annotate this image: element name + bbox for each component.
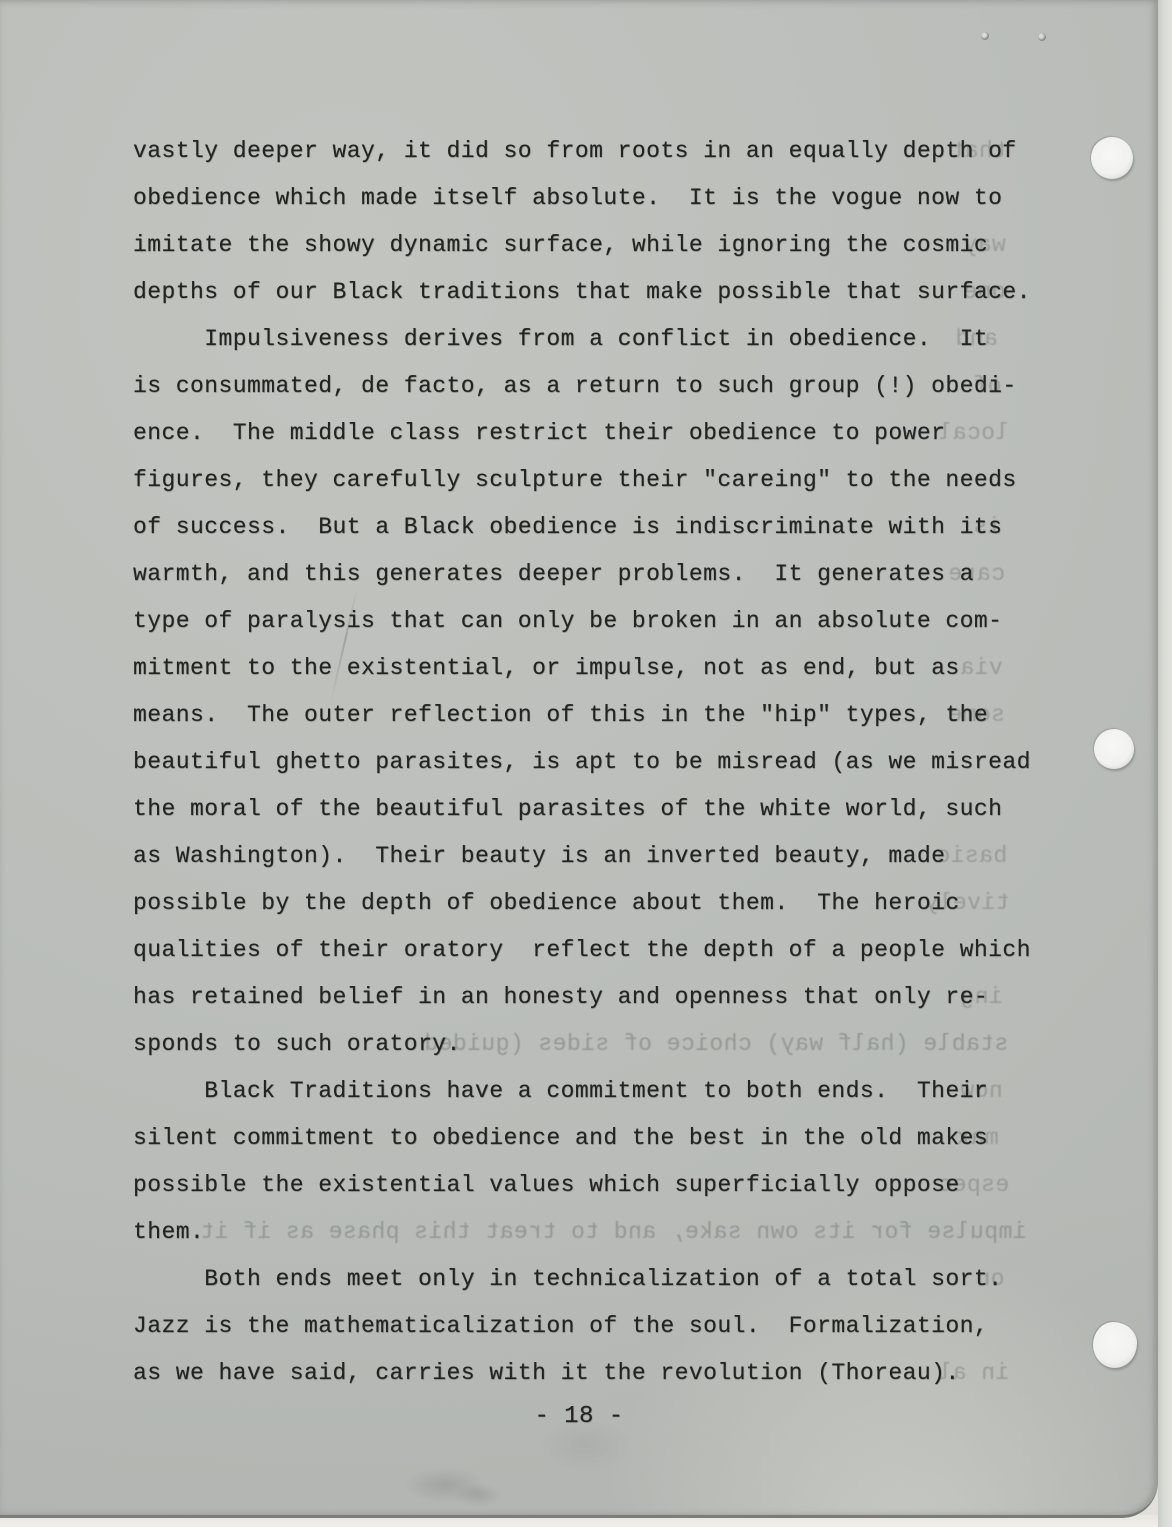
typed-line: means. The outer reflection of this in t… xyxy=(133,692,1031,739)
paper-speck xyxy=(981,32,989,40)
typed-line: Jazz is the mathematicalization of the s… xyxy=(133,1303,1031,1350)
paper-smudge xyxy=(455,1484,501,1506)
typed-line: of success. But a Black obedience is ind… xyxy=(133,504,1031,551)
paper-page: thatwayoneandoflocaliscareviasomebasicti… xyxy=(0,0,1158,1518)
typed-line: possible the existential values which su… xyxy=(133,1162,1031,1209)
typed-line: Impulsiveness derives from a conflict in… xyxy=(133,316,1031,363)
page-right-edge xyxy=(1158,0,1172,1527)
typed-line: is consummated, de facto, as a return to… xyxy=(133,363,1031,410)
typed-line: has retained belief in an honesty and op… xyxy=(133,974,1031,1021)
typed-line: qualities of their oratory reflect the d… xyxy=(133,927,1031,974)
typed-line: as Washington). Their beauty is an inver… xyxy=(133,833,1031,880)
page-number: - 18 - xyxy=(0,1393,1158,1440)
typed-line: mitment to the existential, or impulse, … xyxy=(133,645,1031,692)
typed-line: ence. The middle class restrict their ob… xyxy=(133,410,1031,457)
typed-line: Black Traditions have a commitment to bo… xyxy=(133,1068,1031,1115)
typed-line: figures, they carefully sculpture their … xyxy=(133,457,1031,504)
typed-line: Both ends meet only in technicalization … xyxy=(133,1256,1031,1303)
typed-line: vastly deeper way, it did so from roots … xyxy=(133,128,1031,175)
typed-line: depths of our Black traditions that make… xyxy=(133,269,1031,316)
typed-line: imitate the showy dynamic surface, while… xyxy=(133,222,1031,269)
typed-line: them. xyxy=(133,1209,1031,1256)
typed-text-block: vastly deeper way, it did so from roots … xyxy=(133,128,1031,1397)
typed-line: warmth, and this generates deeper proble… xyxy=(133,551,1031,598)
typed-line: sponds to such oratory. xyxy=(133,1021,1031,1068)
page-bottom-edge xyxy=(0,1518,1158,1527)
typed-line: type of paralysis that can only be broke… xyxy=(133,598,1031,645)
typed-line: as we have said, carries with it the rev… xyxy=(133,1350,1031,1397)
typed-line: beautiful ghetto parasites, is apt to be… xyxy=(133,739,1031,786)
paper-speck xyxy=(1038,33,1046,41)
hole-punch-middle xyxy=(1094,729,1134,769)
scanned-document: thatwayoneandoflocaliscareviasomebasicti… xyxy=(0,0,1172,1527)
hole-punch-top xyxy=(1091,137,1133,179)
typed-line: the moral of the beautiful parasites of … xyxy=(133,786,1031,833)
typed-line: silent commitment to obedience and the b… xyxy=(133,1115,1031,1162)
typed-line: possible by the depth of obedience about… xyxy=(133,880,1031,927)
typed-line: obedience which made itself absolute. It… xyxy=(133,175,1031,222)
